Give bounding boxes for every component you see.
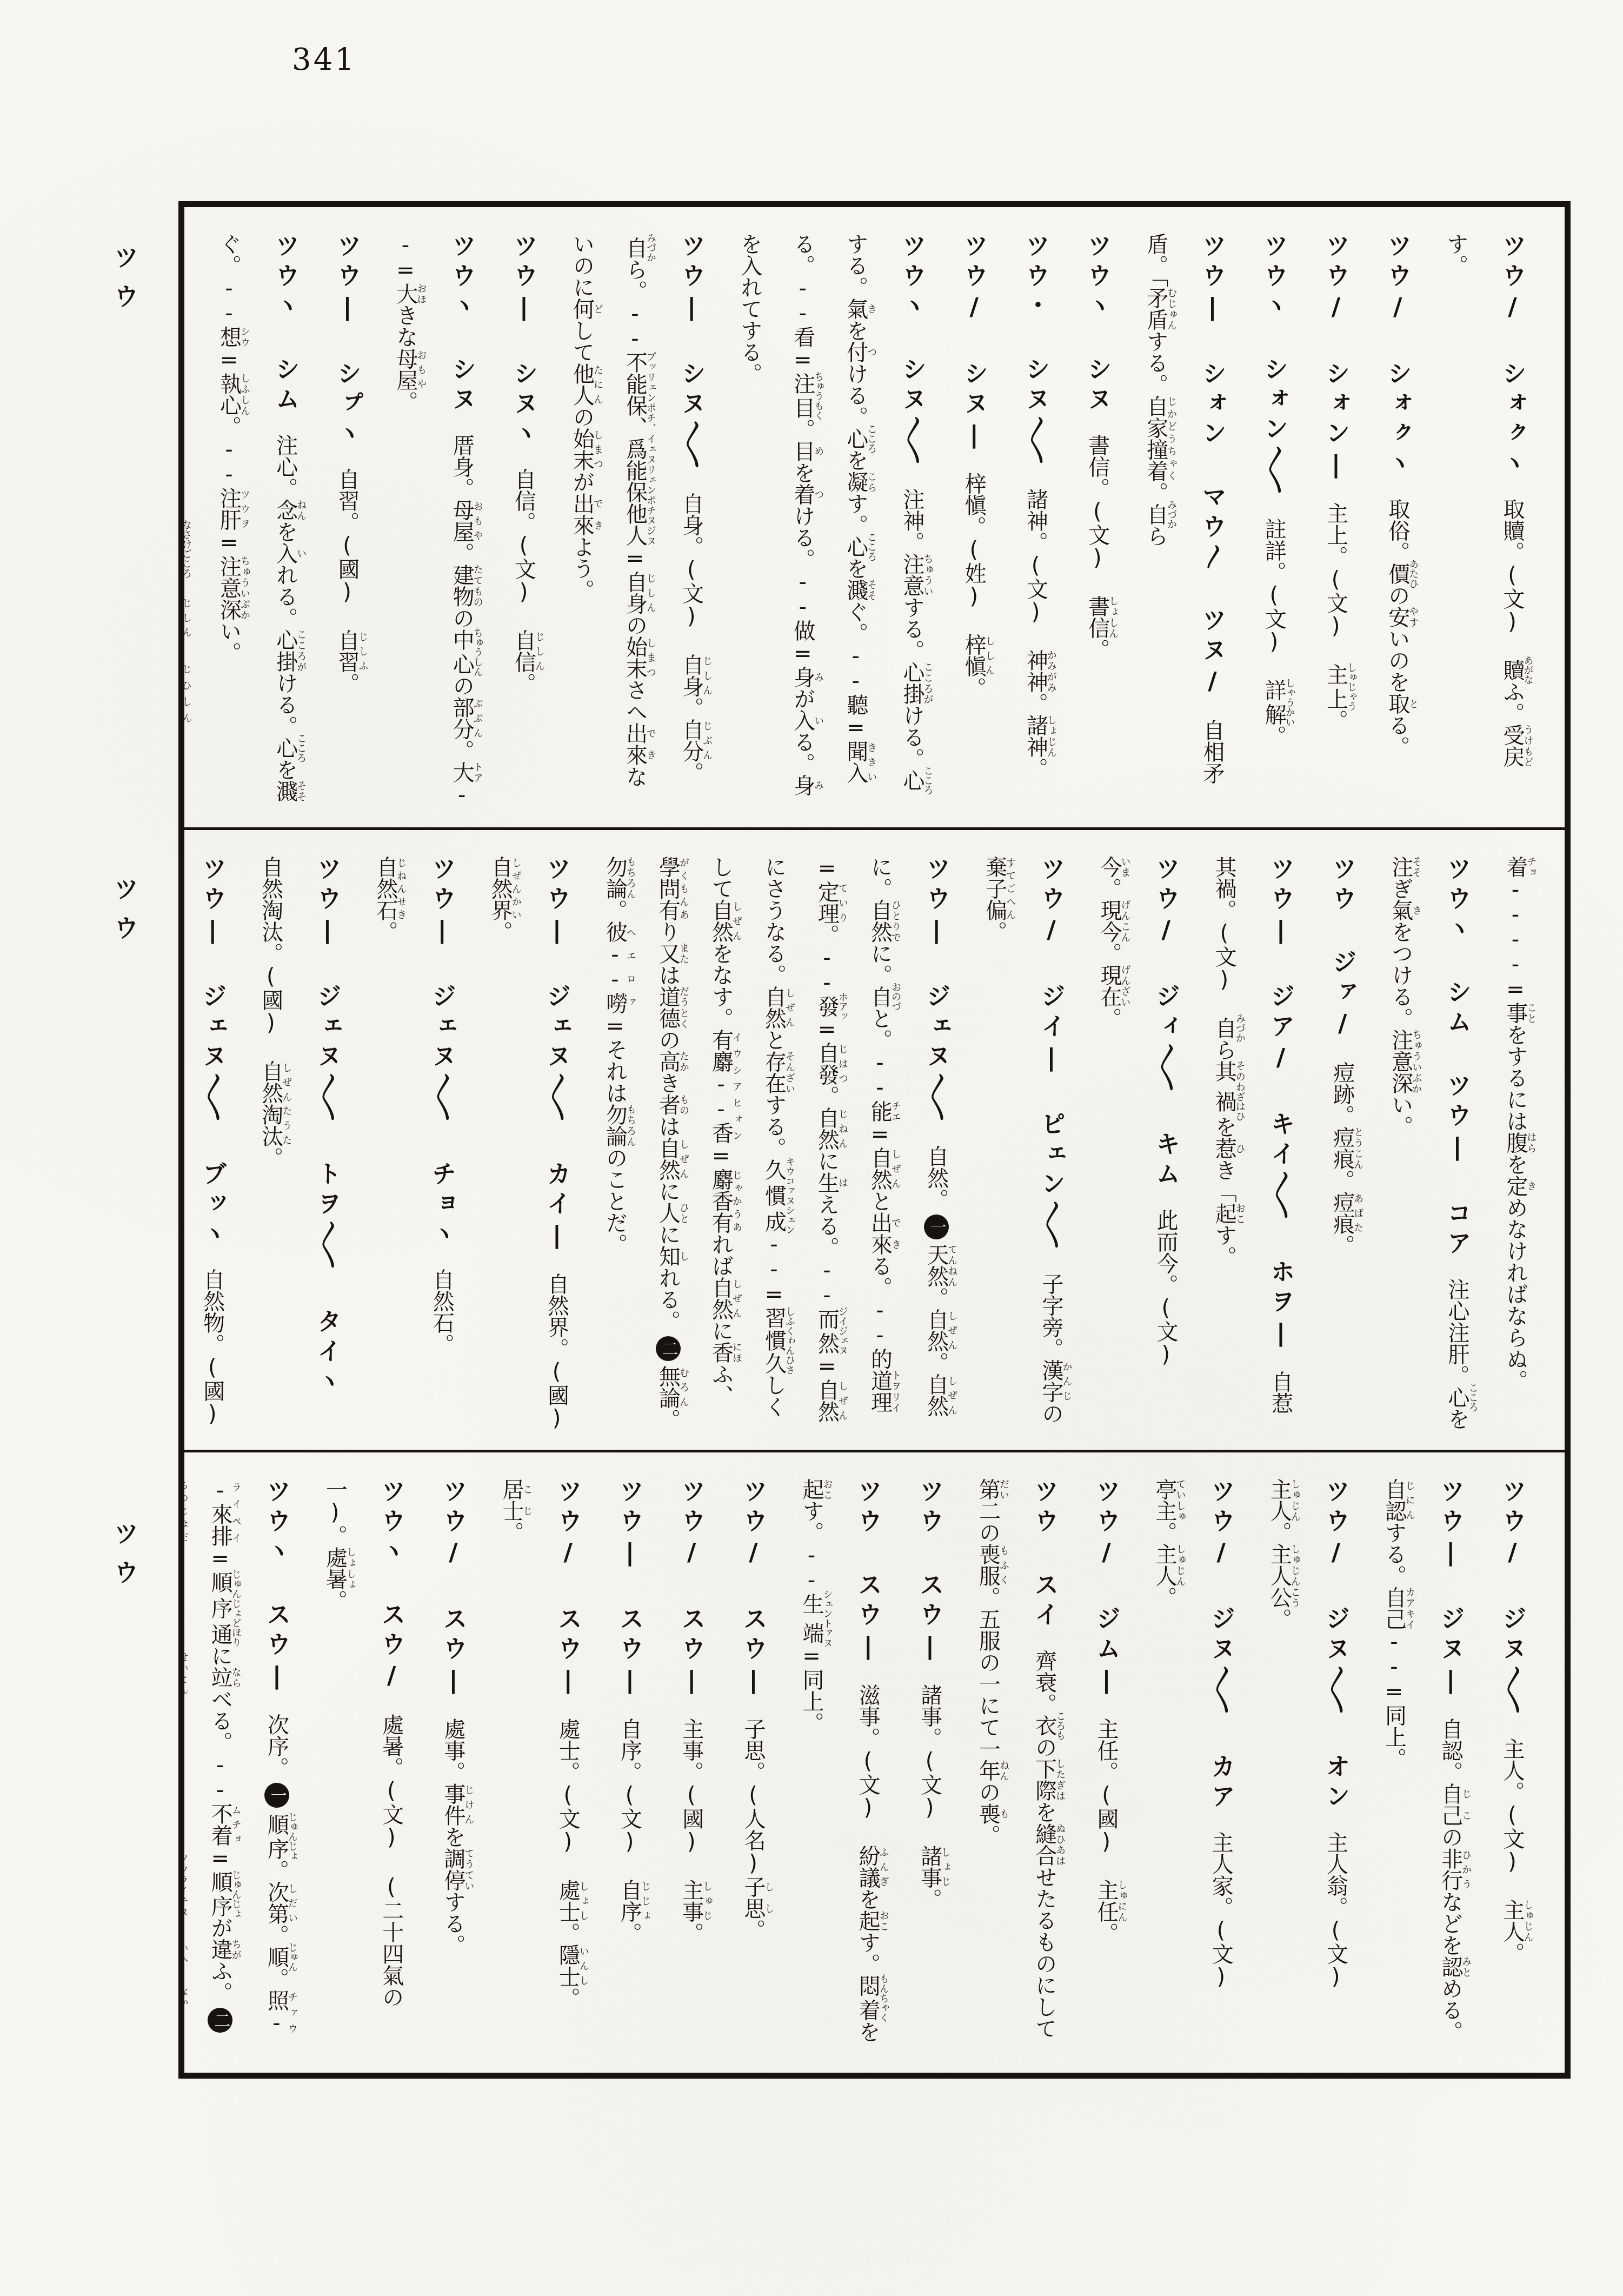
dictionary-entry: ツウ| シヌヽ自信。(文) 自信じしん。 xyxy=(494,233,553,809)
entry-headword: ツウ/ シォㇰヽ xyxy=(1383,233,1412,498)
dictionary-section-top: ツウ/ シォㇰヽ取贖。(文) 贖あがなふ。受戻うけもどす。ツウ/ シォㇰヽ取俗。… xyxy=(184,207,1565,827)
dictionary-entry: 着チョ----=事ことをするには腹はらを定きめなければならぬ。 xyxy=(1489,856,1542,1432)
dictionary-entry: ツウ| ジェヌ〱自然。一天然てんねん。自然しぜん。自然しぜんに。自然ひとりでに。… xyxy=(589,856,966,1432)
dictionary-entry: ツウ/ スウ|主事。(國) 主事しゅじ。 xyxy=(662,1478,721,2054)
entry-headword: ツウ スウ| xyxy=(854,1478,882,1684)
entry-headword: ツウ| ジア/ キイ〱 ホヲ| xyxy=(1267,856,1295,1371)
entry-headword: ツウ スウ| xyxy=(916,1478,944,1684)
dictionary-entry: ツウ| ジア/ キイ〱 ホヲ|自惹其禍。(文) 自みづから其その禍わざはひを惹ひ… xyxy=(1198,856,1310,1432)
entry-headword: ツウ| シヌヽ xyxy=(510,233,538,468)
entry-headword: ツウ・ シヌ〱 xyxy=(1022,233,1050,488)
dictionary-section-middle: 着チョ----=事ことをするには腹はらを定きめなければならぬ。ツウヽ シム ツウ… xyxy=(184,827,1565,1450)
entry-headword: ツウ| ジェヌ〱 チョヽ xyxy=(428,856,456,1269)
dictionary-entry: ツウ〱 シム慈心。情心なさけごころ。慈心じしん。慈悲心じひしん。 xyxy=(184,233,201,809)
entry-headword: ツウヽ シム ツウ| コア xyxy=(1443,856,1472,1278)
dictionary-entry: ツウヽ シォン〱註詳。(文) 詳解しゃうかい。 xyxy=(1244,233,1303,809)
dictionary-entry: ツウ スウ|滋事。(文) 紛議ふんぎを起おこす。悶着もんちゃくを起おこす。--生… xyxy=(785,1478,897,2054)
entry-definition: 自序。(文) 自序じじょ。 xyxy=(617,1718,642,1944)
entry-definition: 自然。一天然てんねん。自然しぜん。自然しぜんに。自然ひとりでに。自おのづと。--… xyxy=(603,856,949,1430)
dictionary-entry: ツウヽ シヌ書信。(文) 書信しょしん。 xyxy=(1068,233,1127,809)
dictionary-entry: ツウ/ シォㇰヽ取贖。(文) 贖あがなふ。受戻うけもどす。 xyxy=(1429,233,1542,809)
entry-definition: 主任。(國) 主任しゅにん。 xyxy=(1094,1718,1119,1944)
sense-number-icon: 一 xyxy=(264,1783,289,1808)
sense-number-icon: 二 xyxy=(208,2008,232,2033)
dictionary-entry: ツウ| シヌ〱自身。(文) 自身じしん。自分じぶん。自みづから。--不能保、爲能… xyxy=(556,233,721,809)
dictionary-entry: ツウ/ シォン|主上。(文) 主上しゅじゃう。 xyxy=(1306,233,1365,809)
dictionary-entry: ツウ スウ|諸事。(文) 諸事しょじ。 xyxy=(900,1478,959,2054)
dictionary-section-bottom: ツウ/ ジヌ〱主人。(文) 主人しゅじん。ツウ| ジヌ|自認。自己じこの非行ひか… xyxy=(184,1450,1565,2073)
dictionary-entry: ツウヽ シム ツウ| コア注心注肝。心こころを注そそぎ氣きをつける。注意深ちゅう… xyxy=(1374,856,1487,1432)
entry-headword: ツウヽ シヌ〱 xyxy=(898,233,927,488)
entry-definition: 主人。(文) 主人しゅじん。 xyxy=(1500,1738,1525,1964)
dictionary-entry: ツウ| シォン マウ〳 ツヌ/自相矛盾。「矛盾むじゅんする。自家撞着じかどうちゃ… xyxy=(1129,233,1242,809)
entry-headword: ツウ| ジヌ| xyxy=(1436,1478,1465,1718)
entry-definition: 自然淘汰。(國) 自然淘汰しぜんたうた。 xyxy=(258,856,283,1169)
entry-headword: ツウヽ シヌ xyxy=(1083,233,1112,434)
dictionary-entry: ツウヽ シム注心。念ねんを入いれる。心掛こころがける。心こころを濺そそぐ。--想… xyxy=(203,233,315,809)
dictionary-entry: ツウ| ジェヌ〱 ブッヽ自然物。(國) 自然物しぜんぶつ。 xyxy=(184,856,242,1432)
page-frame: ツウ/ シォㇰヽ取贖。(文) 贖あがなふ。受戻うけもどす。ツウ/ シォㇰヽ取俗。… xyxy=(178,201,1571,2079)
sense-number-icon: 二 xyxy=(656,1336,681,1361)
dictionary-entry: ツウ/ シヌ|梓愼。(姓) 梓愼ししん。 xyxy=(944,233,1003,809)
sense-number-icon: 一 xyxy=(924,1215,949,1239)
dictionary-entry: ツウ/ ジム|主任。(國) 主任しゅにん。 xyxy=(1076,1478,1136,2054)
entry-definition: 自習。(國) 自習じしふ。 xyxy=(335,468,360,694)
dictionary-entry: ツウ/ ジヌ〱 オン主人翁。(文) 主人しゅじん。主人公しゅじんこう。 xyxy=(1253,1478,1365,2054)
margin-kana-label: ツウ xyxy=(107,1521,143,1598)
dictionary-entry: ツウ| ジヌ|自認。自己じこの非行ひかうなどを認みとめる。自認じにんする。自己カ… xyxy=(1368,1478,1480,2054)
entry-headword: ツウ| シォン マウ〳 ツヌ/ xyxy=(1198,233,1227,719)
entry-headword: ツウヽ シム xyxy=(271,233,300,434)
entry-headword: ツウ スイ xyxy=(1030,1478,1059,1650)
entry-headword: ツウ〱 シム xyxy=(184,233,185,459)
entry-headword: ツウヽ スウ| xyxy=(263,1478,291,1714)
dictionary-entry: ツウ| ジェヌ〱 カイ|自然界。(國) 自然界しぜんかい。 xyxy=(474,856,586,1432)
dictionary-entry: ツウ| ジェヌ〱 チョヽ自然石。自然石じねんせき。 xyxy=(359,856,471,1432)
dictionary-entry: ツウヽ スウ|次序。一順序じゅんじょ。次第しだい。順じゅん。照--來排チァウライ… xyxy=(184,1478,307,2054)
entry-definition: 自信。(文) 自信じしん。 xyxy=(511,468,536,694)
dictionary-entry: ツウ・ シヌ〱諸神。(文) 神神かみがみ。諸神しょじん。 xyxy=(1006,233,1065,809)
entry-headword: ツウ/ ジヌ〱 カア xyxy=(1207,1478,1235,1832)
entry-headword: ツウ| スウ| xyxy=(616,1478,644,1718)
entry-definition: 着チョ----=事ことをするには腹はらを定きめなければならぬ。 xyxy=(1503,856,1528,1391)
entry-headword: ツウ/ ジイ| ピェン〱 xyxy=(1037,856,1066,1273)
entry-headword: ツウ/ シヌ| xyxy=(960,233,988,473)
margin-kana-label: ツウ xyxy=(107,876,143,954)
entry-headword: ツウ/ ジィ〱 キム xyxy=(1152,856,1180,1209)
dictionary-entry: ツウ| スウ|自序。(文) 自序じじょ。 xyxy=(600,1478,659,2054)
entry-headword: ツウ| シㇷ゚ヽ xyxy=(333,233,362,468)
entry-definition: 梓愼。(姓) 梓愼ししん。 xyxy=(961,473,986,699)
entry-definition: 取俗。價あたひの安やすいのを取とる。 xyxy=(1385,498,1410,758)
entry-headword: ツウ| ジェヌ〱 ブッヽ xyxy=(198,856,227,1269)
dictionary-entry: ツウ スイ齊衰。衣ころもの下際したぎはを縫合ぬひあはせたるものにして第だい二の喪… xyxy=(962,1478,1074,2054)
entry-headword: ツウ| ジェヌ〱 カイ| xyxy=(543,856,571,1273)
entry-definition: 主事。(國) 主事しゅじ。 xyxy=(679,1718,704,1944)
dictionary-entry: ツウ/ スウ|子思。(人名)子思しし。 xyxy=(723,1478,783,2054)
entry-headword: ツウ/ シォン| xyxy=(1322,233,1351,502)
entry-headword: ツウヽ シヌ xyxy=(448,233,476,434)
entry-definition: 處事。事件じけんを調停てうていする。 xyxy=(441,1718,465,1956)
dictionary-entry: ツウ| ジェヌ〱 トヲ〱 タイヽ自然淘汰。(國) 自然淘汰しぜんたうた。 xyxy=(244,856,357,1432)
dictionary-entry: ツウ/ ジヌ〱主人。(文) 主人しゅじん。 xyxy=(1482,1478,1542,2054)
margin-kana-label: ツウ xyxy=(107,244,143,322)
dictionary-entry: ツウ/ スウ|處事。事件じけんを調停てうていする。 xyxy=(423,1478,483,2054)
entry-headword: ツウ/ スウ| xyxy=(739,1478,768,1718)
entry-headword: ツウ/ スウ| xyxy=(439,1478,468,1718)
entry-headword: ツウ/ スウ| xyxy=(554,1478,582,1718)
entry-definition: 注神。注意ちゅういする。心掛こころがける。心こころする。氣きを付つける。心こころ… xyxy=(737,233,924,796)
dictionary-entry: ツウヽ シヌ厝身。母屋おもや。建物たてものの中心ちゅうしんの部分ぶぶん。大トア-… xyxy=(379,233,491,809)
entry-headword: ツウ| シヌ〱 xyxy=(677,233,706,493)
dictionary-entry: ツウ/ シォㇰヽ取俗。價あたひの安やすいのを取とる。 xyxy=(1368,233,1427,809)
entry-headword: ツウ ジァ/ xyxy=(1328,856,1357,1061)
entry-headword: ツウ/ ジヌ〱 xyxy=(1498,1478,1527,1738)
dictionary-entry: ツウヽ スウ/處暑。(文) (二十四氣の一)。處暑しょしょ。 xyxy=(309,1478,421,2054)
dictionary-entry: ツウ/ ジヌ〱 カア主人家。(文) 亭主ていしゅ。主人しゅじん。 xyxy=(1138,1478,1250,2054)
entry-definition: 子思。(人名)子思しし。 xyxy=(741,1718,766,1941)
entry-definition: 諸神。(文) 神神かみがみ。諸神しょじん。 xyxy=(1023,488,1048,779)
entry-definition: 書信。(文) 書信しょしん。 xyxy=(1085,434,1110,660)
entry-headword: ツウ/ ジム| xyxy=(1092,1478,1121,1718)
page-number: 341 xyxy=(292,42,356,77)
entry-definition: 諸事。(文) 諸事しょじ。 xyxy=(917,1684,942,1910)
dictionary-entry: ツウヽ シヌ〱注神。注意ちゅういする。心掛こころがける。心こころする。氣きを付つ… xyxy=(723,233,942,809)
dictionary-entry: ツウ/ ジィ〱 キム此而今。(文) 今いま。現今げんこん。現在げんざい。 xyxy=(1083,856,1195,1432)
entry-headword: ツウヽ シォン〱 xyxy=(1260,233,1288,518)
entry-headword: ツウ| ジェヌ〱 xyxy=(922,856,951,1145)
dictionary-entry: ツウ/ スウ|處士。(文) 處士しょし。隱士いんし。居士こじ。 xyxy=(485,1478,597,2054)
entry-definition: 主上。(文) 主上しゅじゃう。 xyxy=(1323,502,1348,731)
entry-headword: ツウ/ ジヌ〱 オン xyxy=(1322,1478,1351,1832)
dictionary-entry: ツウ/ ジイ| ピェン〱子字旁。漢字かんじの棄子偏すてごへん。 xyxy=(968,856,1081,1432)
entry-definition: 註詳。(文) 詳解しゃうかい。 xyxy=(1261,518,1286,747)
entry-headword: ツウ/ スウ| xyxy=(677,1478,706,1718)
entry-headword: ツウ| ジェヌ〱 トヲ〱 タイヽ xyxy=(313,856,342,1416)
entry-definition: 痘跡。痘痕とうこん。痘痕あばた。 xyxy=(1330,1061,1355,1256)
dictionary-entry: ツウ| シㇷ゚ヽ自習。(國) 自習じしふ。 xyxy=(317,233,377,809)
entry-headword: ツウヽ スウ/ xyxy=(377,1478,406,1714)
entry-headword: ツウ/ シォㇰヽ xyxy=(1498,233,1527,498)
dictionary-entry: ツウ ジァ/痘跡。痘痕とうこん。痘痕あばた。 xyxy=(1313,856,1372,1432)
